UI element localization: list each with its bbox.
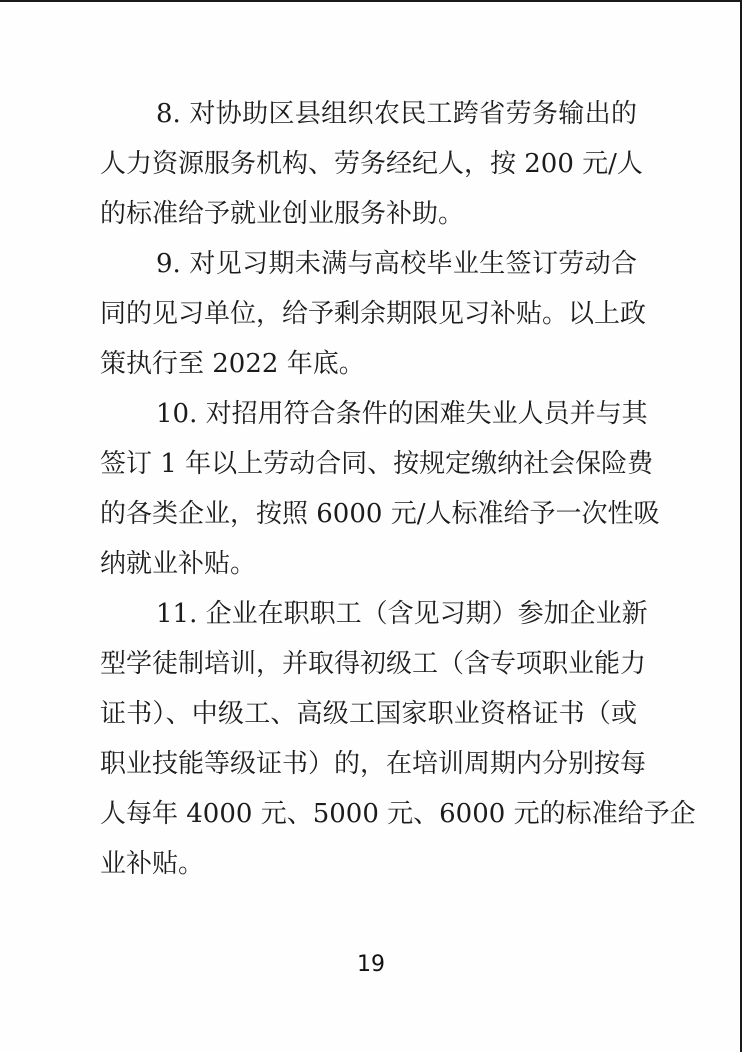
text-line: 业补贴。 [100,844,637,894]
document-page: 8. 对协助区县组织农民工跨省劳务输出的 人力资源服务机构、劳务经纪人，按 20… [0,0,742,1052]
paragraph-item-9: 9. 对见习期未满与高校毕业生签订劳动合 同的见习单位，给予剩余期限见习补贴。以… [100,244,637,394]
text-line: 的标准给予就业创业服务补助。 [100,194,637,244]
text-line: 人每年 4000 元、5000 元、6000 元的标准给予企 [100,794,637,844]
text-line: 人力资源服务机构、劳务经纪人，按 200 元/人 [100,144,637,194]
text-line: 8. 对协助区县组织农民工跨省劳务输出的 [100,94,637,144]
paragraph-item-8: 8. 对协助区县组织农民工跨省劳务输出的 人力资源服务机构、劳务经纪人，按 20… [100,94,637,244]
text-line: 9. 对见习期未满与高校毕业生签订劳动合 [100,244,637,294]
text-line: 职业技能等级证书）的，在培训周期内分别按每 [100,744,637,794]
text-line: 的各类企业，按照 6000 元/人标准给予一次性吸 [100,494,637,544]
text-line: 策执行至 2022 年底。 [100,344,637,394]
text-line: 签订 1 年以上劳动合同、按规定缴纳社会保险费 [100,444,637,494]
text-line: 同的见习单位，给予剩余期限见习补贴。以上政 [100,294,637,344]
document-body: 8. 对协助区县组织农民工跨省劳务输出的 人力资源服务机构、劳务经纪人，按 20… [100,94,637,894]
text-line: 证书）、中级工、高级工国家职业资格证书（或 [100,694,637,744]
text-line: 型学徒制培训，并取得初级工（含专项职业能力 [100,644,637,694]
paragraph-item-11: 11. 企业在职职工（含见习期）参加企业新 型学徒制培训，并取得初级工（含专项职… [100,594,637,894]
text-line: 10. 对招用符合条件的困难失业人员并与其 [100,394,637,444]
text-line: 11. 企业在职职工（含见习期）参加企业新 [100,594,637,644]
text-line: 纳就业补贴。 [100,544,637,594]
page-number: 19 [0,952,742,977]
paragraph-item-10: 10. 对招用符合条件的困难失业人员并与其 签订 1 年以上劳动合同、按规定缴纳… [100,394,637,594]
